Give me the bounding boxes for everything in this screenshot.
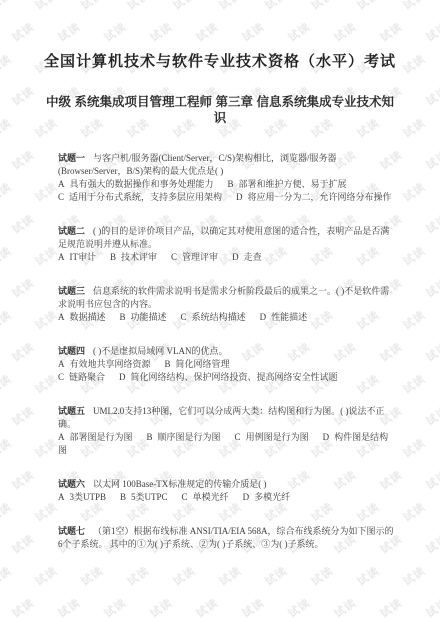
watermark-text: 试读 xyxy=(170,0,199,13)
watermark-text: 试读 xyxy=(0,0,14,13)
option-letter: C xyxy=(181,312,187,322)
question-options: A数据描述B功能描述C系统结构描述D性能描述 xyxy=(58,311,396,324)
option-text: 性能描述 xyxy=(271,312,307,322)
watermark-text: 试读 xyxy=(147,19,176,46)
watermark-text: 试读 xyxy=(331,595,360,620)
option: B顺序图是行为图 xyxy=(147,432,221,442)
option-text: 5类UTPC xyxy=(131,492,168,502)
option: C适用于分布式系统，支持多层应用架构 xyxy=(58,192,222,202)
watermark-text: 试读 xyxy=(55,19,84,46)
watermark-text: 试读 xyxy=(262,563,291,590)
watermark-text: 试读 xyxy=(193,19,222,46)
watermark-text: 试读 xyxy=(423,595,440,620)
option-line: A具有强大的数据操作和事务处理能力B部署和维护方便、易于扩展 xyxy=(58,178,396,191)
watermark-text: 试读 xyxy=(32,563,61,590)
watermark-text: 试读 xyxy=(9,595,38,620)
option-letter: A xyxy=(58,359,65,369)
watermark-text: 试读 xyxy=(78,563,107,590)
question-stem-line: 试题三信息系统的软件需求说明书是需求分析阶段最后的成果之一。( )不是软件需求说… xyxy=(58,285,396,311)
option-text: 链路聚合 xyxy=(69,372,105,382)
option: C系统结构描述 xyxy=(181,312,246,322)
option: A部署图是行为图 xyxy=(58,432,133,442)
option-letter: D xyxy=(119,372,126,382)
option: C管理评审 xyxy=(171,252,218,262)
option-letter: D xyxy=(323,432,330,442)
option-text: 将应用一分为二，允许网络分布操作 xyxy=(248,192,392,202)
watermark-text: 试读 xyxy=(308,0,337,13)
option-text: 系统结构描述 xyxy=(192,312,246,322)
question-label: 试题六 xyxy=(58,479,85,489)
option-letter: B xyxy=(120,492,126,502)
question-block: 试题七（第1空）根据布线标准 ANSI/TIA/EIA 568A，综合布线系统分… xyxy=(58,525,396,551)
option-letter: D xyxy=(232,252,239,262)
question-stem-line: 试题七（第1空）根据布线标准 ANSI/TIA/EIA 568A，综合布线系统分… xyxy=(58,525,396,551)
watermark-text: 试读 xyxy=(285,19,314,46)
option: C链路聚合 xyxy=(58,372,105,382)
option-letter: A xyxy=(58,312,65,322)
option-letter: D xyxy=(236,192,243,202)
watermark-text: 试读 xyxy=(331,19,360,46)
question-stem-line: 试题五UML2.0支持13种图，它们可以分成两大类：结构图和行为图。( )说法不… xyxy=(58,405,396,431)
question-stem: 与客户机/服务器(Client/Server，C/S)架构相比，浏览器/服务器(… xyxy=(58,153,337,176)
option: B5类UTPC xyxy=(120,492,168,502)
option-letter: C xyxy=(182,492,188,502)
watermark-text: 试读 xyxy=(354,563,383,590)
document-title: 全国计算机技术与软件专业技术资格（水平）考试 xyxy=(20,52,420,72)
watermark-text: 试读 xyxy=(216,0,245,13)
watermark-text: 试读 xyxy=(377,595,406,620)
option-text: 部署和维护方便、易于扩展 xyxy=(239,179,347,189)
option-text: 用例图是行为图 xyxy=(246,432,309,442)
option: B部署和维护方便、易于扩展 xyxy=(228,179,347,189)
question-block: 试题六以太网 100Base-TX标准规定的传输介质是( ) A3类UTPBB5… xyxy=(58,478,396,504)
watermark-text: 试读 xyxy=(354,0,383,13)
question-options: A具有强大的数据操作和事务处理能力B部署和维护方便、易于扩展C适用于分布式系统，… xyxy=(58,178,396,204)
question-options: A有效地共享网络资源B简化网络管理C链路聚合D简化网络结构、保护网络投资、提高网… xyxy=(58,358,396,384)
option-line: C适用于分布式系统，支持多层应用架构D将应用一分为二，允许网络分布操作 xyxy=(58,191,396,204)
option-letter: C xyxy=(58,192,64,202)
option-text: 简化网络结构、保护网络投资、提高网络安全性试题 xyxy=(131,372,338,382)
option-letter: A xyxy=(58,179,65,189)
watermark-text: 试读 xyxy=(193,595,222,620)
option-text: 技术评审 xyxy=(121,252,157,262)
option-letter: B xyxy=(228,179,234,189)
watermark-text: 试读 xyxy=(124,0,153,13)
question-block: 试题五UML2.0支持13种图，它们可以分成两大类：结构图和行为图。( )说法不… xyxy=(58,405,396,457)
question-stem-line: 试题二( )的目的是评价项目产品，以确定其对使用意图的适合性，表明产品是否满足规… xyxy=(58,225,396,251)
option: A数据描述 xyxy=(58,312,106,322)
question-stem: 信息系统的软件需求说明书是需求分析阶段最后的成果之一。( )不是软件需求说明书应… xyxy=(58,286,389,309)
option-line: C链路聚合D简化网络结构、保护网络投资、提高网络安全性试题 xyxy=(58,371,396,384)
question-label: 试题二 xyxy=(58,226,85,236)
option-text: 适用于分布式系统，支持多层应用架构 xyxy=(69,192,222,202)
option-text: 数据描述 xyxy=(70,312,106,322)
question-block: 试题四( )不是虚拟局域网 VLAN的优点。 A有效地共享网络资源B简化网络管理… xyxy=(58,345,396,384)
watermark-text: 试读 xyxy=(55,595,84,620)
option-letter: C xyxy=(235,432,241,442)
option-text: 部署图是行为图 xyxy=(70,432,133,442)
option-line: A3类UTPBB5类UTPCC单模光纤D多模光纤 xyxy=(58,491,396,504)
option: A有效地共享网络资源 xyxy=(58,359,151,369)
question-label: 试题四 xyxy=(58,346,85,356)
question-stem-line: 试题一与客户机/服务器(Client/Server，C/S)架构相比，浏览器/服… xyxy=(58,152,396,178)
question-stem: ( )不是虚拟局域网 VLAN的优点。 xyxy=(93,346,228,356)
watermark-text: 试读 xyxy=(9,19,38,46)
watermark-text: 试读 xyxy=(78,0,107,13)
option-text: 具有强大的数据操作和事务处理能力 xyxy=(70,179,214,189)
document-subtitle: 中级 系统集成项目管理工程师 第三章 信息系统集成专业技术知识 xyxy=(44,94,396,126)
option-text: 多模光纤 xyxy=(254,492,290,502)
question-options: A部署图是行为图B顺序图是行为图C用例图是行为图D构件图是结构图 xyxy=(58,431,396,457)
option: C用例图是行为图 xyxy=(235,432,309,442)
option: C单模光纤 xyxy=(182,492,229,502)
option-text: 功能描述 xyxy=(131,312,167,322)
watermark-text: 试读 xyxy=(377,19,406,46)
option-letter: B xyxy=(165,359,171,369)
option-letter: B xyxy=(110,252,116,262)
watermark-text: 试读 xyxy=(285,595,314,620)
option-letter: D xyxy=(243,492,250,502)
option-letter: B xyxy=(147,432,153,442)
option-letter: D xyxy=(260,312,267,322)
watermark-text: 试读 xyxy=(101,595,130,620)
question-stem: （第1空）根据布线标准 ANSI/TIA/EIA 568A，综合布线系统分为如下… xyxy=(58,526,394,549)
option-line: A有效地共享网络资源B简化网络管理 xyxy=(58,358,396,371)
option-letter: B xyxy=(120,312,126,322)
watermark-text: 试读 xyxy=(400,563,429,590)
question-label: 试题七 xyxy=(58,526,85,536)
option: A具有强大的数据操作和事务处理能力 xyxy=(58,179,214,189)
option-line: AIT审计B技术评审C管理评审D走查 xyxy=(58,251,396,264)
question-options: A3类UTPBB5类UTPCC单模光纤D多模光纤 xyxy=(58,491,396,504)
option: D性能描述 xyxy=(260,312,308,322)
option-text: 简化网络管理 xyxy=(176,359,230,369)
watermark-text: 试读 xyxy=(216,563,245,590)
option-text: 顺序图是行为图 xyxy=(158,432,221,442)
watermark-text: 试读 xyxy=(124,563,153,590)
watermark-text: 试读 xyxy=(423,19,440,46)
option-text: 有效地共享网络资源 xyxy=(70,359,151,369)
watermark-text: 试读 xyxy=(101,19,130,46)
watermark-text: 试读 xyxy=(262,0,291,13)
watermark-text: 试读 xyxy=(32,0,61,13)
option: D走查 xyxy=(232,252,262,262)
document-page: 试读试读试读试读试读试读试读试读试读试读试读试读试读试读试读试读试读试读试读试读… xyxy=(0,0,440,620)
watermark-text: 试读 xyxy=(239,595,268,620)
question-options: AIT审计B技术评审C管理评审D走查 xyxy=(58,251,396,264)
question-list: 试题一与客户机/服务器(Client/Server，C/S)架构相比，浏览器/服… xyxy=(58,152,396,551)
watermark-text: 试读 xyxy=(400,0,429,13)
option: AIT审计 xyxy=(58,252,96,262)
watermark-text: 试读 xyxy=(239,19,268,46)
question-label: 试题五 xyxy=(58,406,85,416)
question-stem-line: 试题六以太网 100Base-TX标准规定的传输介质是( ) xyxy=(58,478,396,491)
option-letter: C xyxy=(171,252,177,262)
option-letter: A xyxy=(58,432,65,442)
option-letter: C xyxy=(58,372,64,382)
option-line: A数据描述B功能描述C系统结构描述D性能描述 xyxy=(58,311,396,324)
watermark-text: 试读 xyxy=(308,563,337,590)
option-line: A部署图是行为图B顺序图是行为图C用例图是行为图D构件图是结构图 xyxy=(58,431,396,457)
question-label: 试题三 xyxy=(58,286,85,296)
option-text: 3类UTPB xyxy=(70,492,107,502)
question-stem-line: 试题四( )不是虚拟局域网 VLAN的优点。 xyxy=(58,345,396,358)
question-label: 试题一 xyxy=(58,153,85,163)
watermark-text: 试读 xyxy=(170,563,199,590)
option-text: 管理评审 xyxy=(182,252,218,262)
option-text: 走查 xyxy=(244,252,262,262)
option-text: IT审计 xyxy=(70,252,97,262)
document-content: 全国计算机技术与软件专业技术资格（水平）考试 中级 系统集成项目管理工程师 第三… xyxy=(0,52,440,551)
question-stem: UML2.0支持13种图，它们可以分成两大类：结构图和行为图。( )说法不正确。 xyxy=(58,406,385,429)
question-stem: 以太网 100Base-TX标准规定的传输介质是( ) xyxy=(93,479,266,489)
option-letter: A xyxy=(58,492,65,502)
watermark-text: 试读 xyxy=(147,595,176,620)
option: B功能描述 xyxy=(120,312,167,322)
watermark-text: 试读 xyxy=(0,563,14,590)
option: D多模光纤 xyxy=(243,492,291,502)
option-letter: A xyxy=(58,252,65,262)
option: B技术评审 xyxy=(110,252,157,262)
question-block: 试题二( )的目的是评价项目产品，以确定其对使用意图的适合性，表明产品是否满足规… xyxy=(58,225,396,264)
question-block: 试题三信息系统的软件需求说明书是需求分析阶段最后的成果之一。( )不是软件需求说… xyxy=(58,285,396,324)
option: A3类UTPB xyxy=(58,492,106,502)
option: B简化网络管理 xyxy=(165,359,230,369)
question-block: 试题一与客户机/服务器(Client/Server，C/S)架构相比，浏览器/服… xyxy=(58,152,396,204)
option: D将应用一分为二，允许网络分布操作 xyxy=(236,192,392,202)
option-text: 单模光纤 xyxy=(193,492,229,502)
question-stem: ( )的目的是评价项目产品，以确定其对使用意图的适合性，表明产品是否满足规范说明… xyxy=(58,226,389,249)
option: D简化网络结构、保护网络投资、提高网络安全性试题 xyxy=(119,372,338,382)
